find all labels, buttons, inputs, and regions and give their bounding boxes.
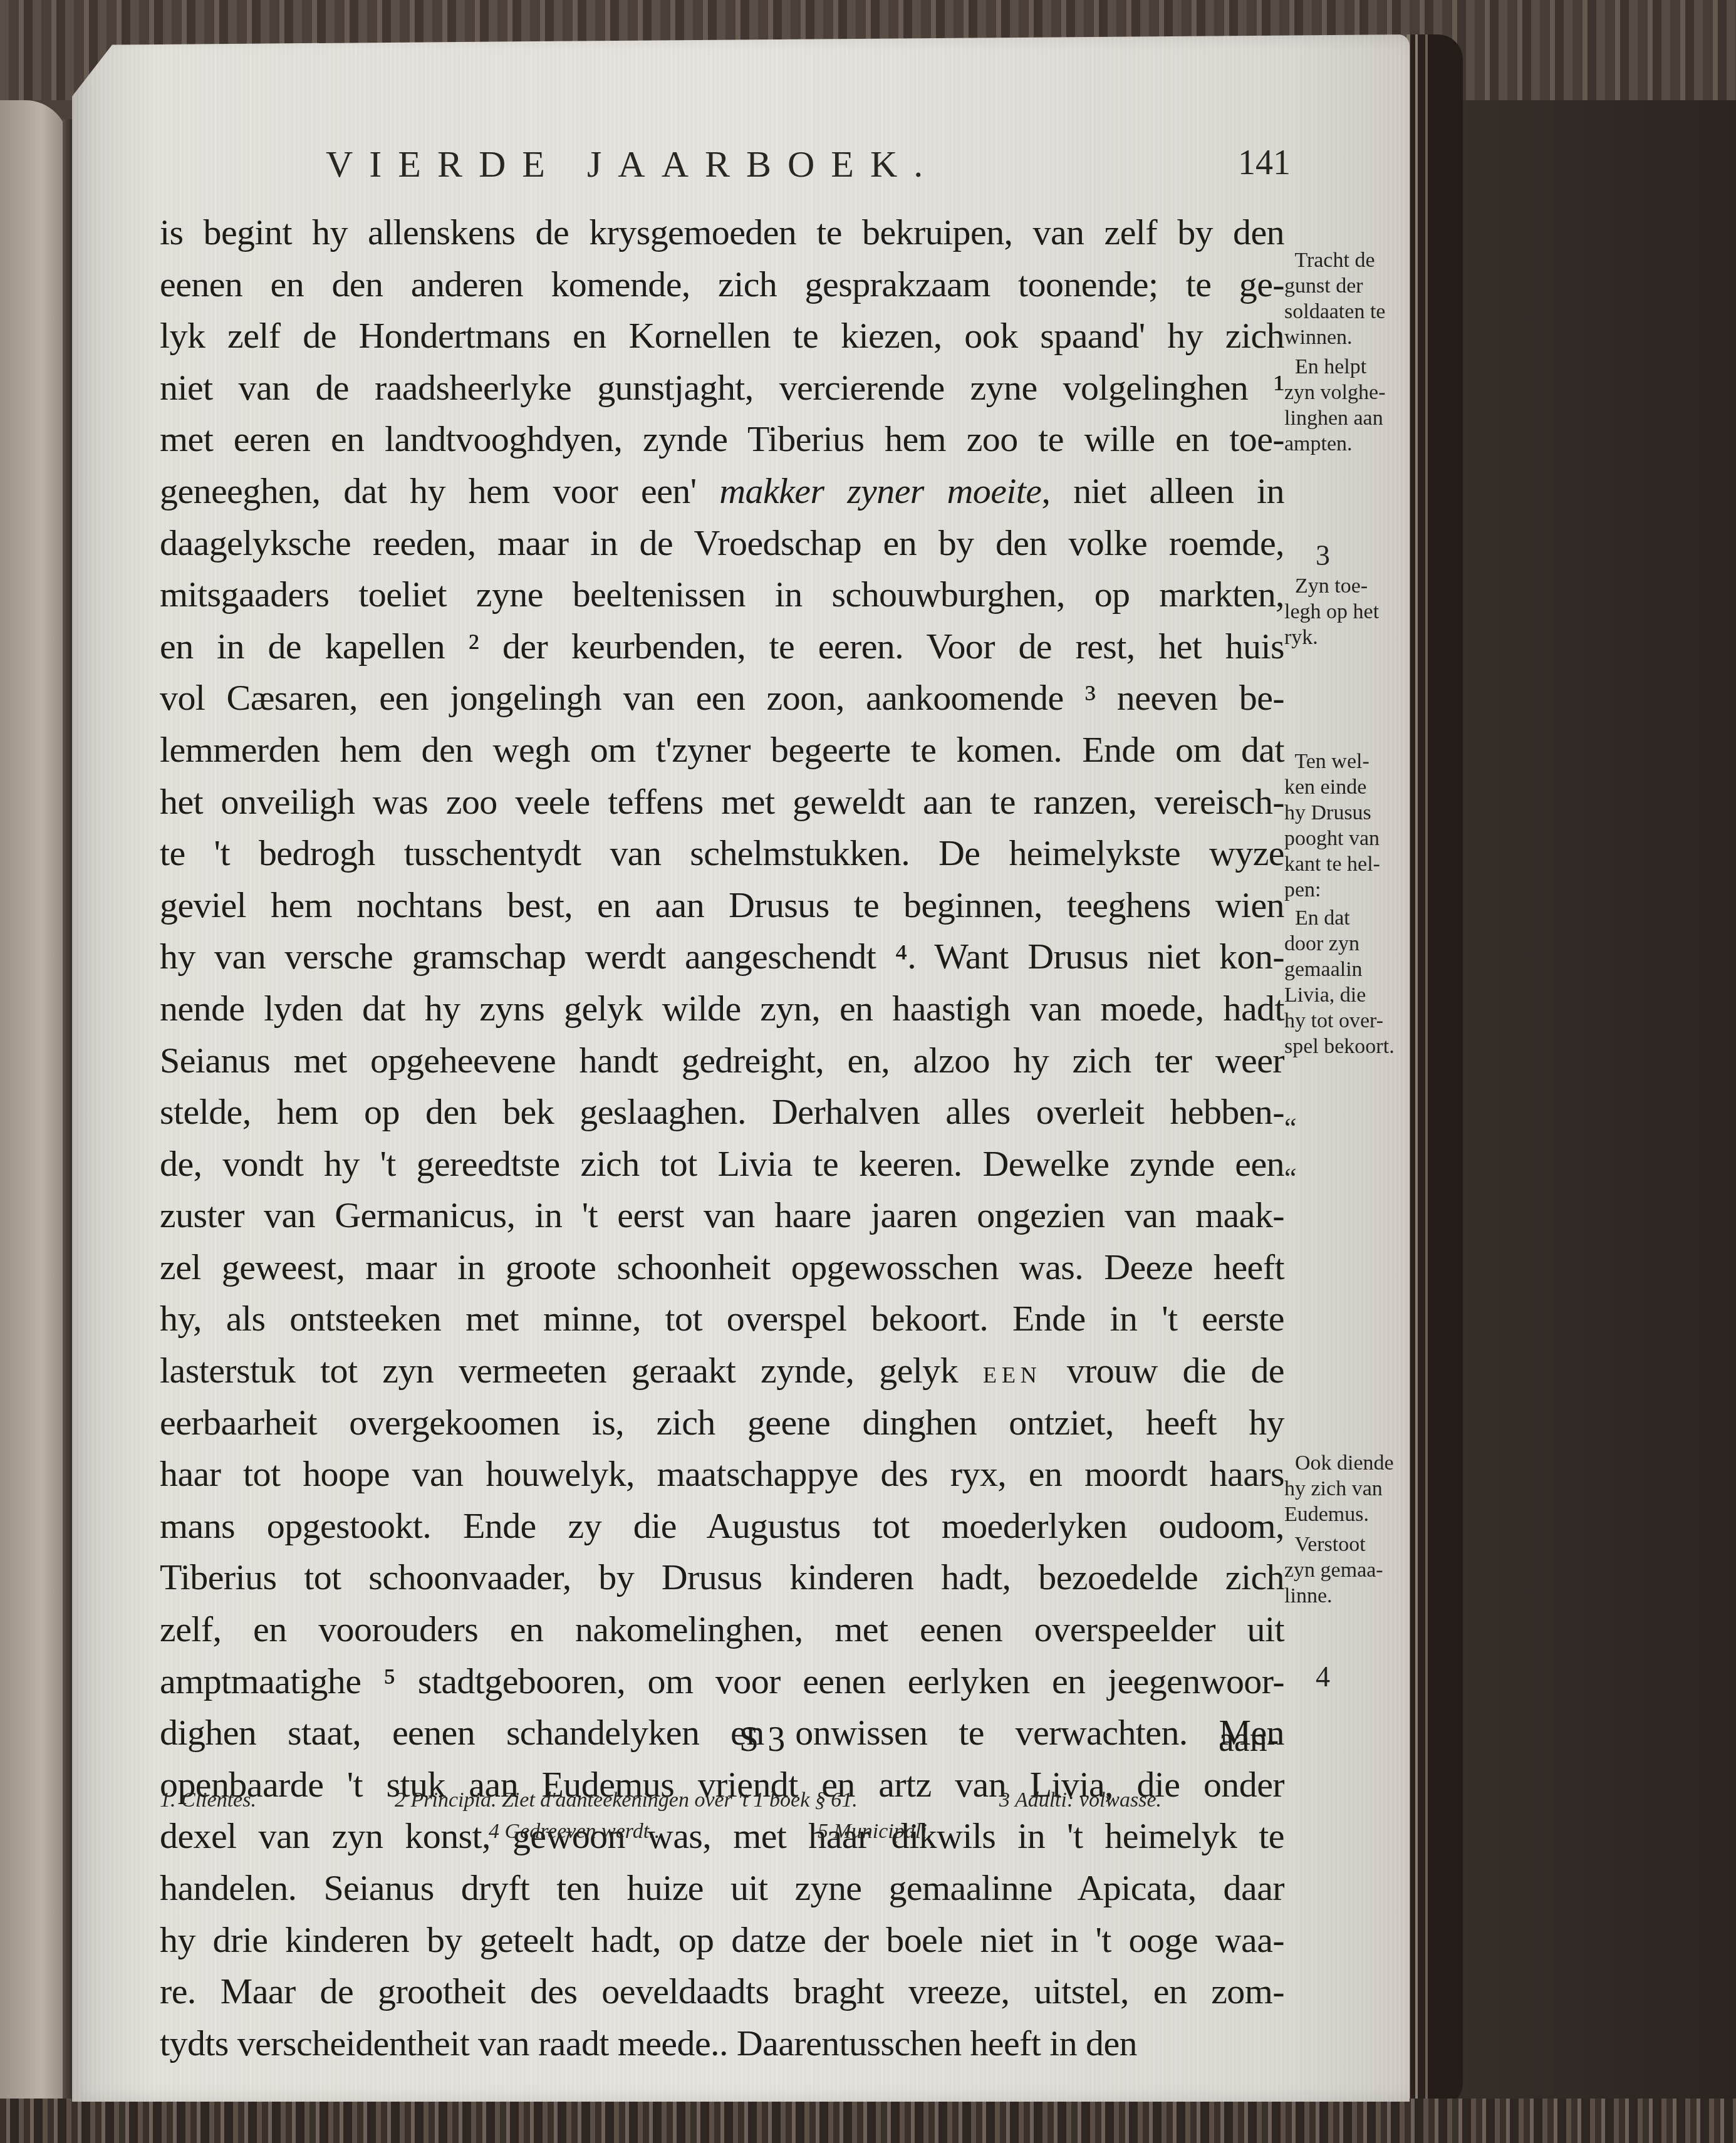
catchword: aan-: [1219, 1720, 1279, 1760]
text-line: mans opgestookt. Ende zy die Augustus to…: [160, 1500, 1284, 1552]
margin-note: Ook diende hy zich van Eudemus.: [1284, 1450, 1394, 1527]
text-line: amptmaatighe ⁵ stadtgebooren, om voor ee…: [160, 1656, 1284, 1708]
quote-mark: “: [1284, 1162, 1297, 1194]
text-line: haar tot hoope van houwelyk, maatschappy…: [160, 1448, 1284, 1500]
text-line: niet van de raadsheerlyke gunstjaght, ve…: [160, 362, 1284, 414]
section-number: 4: [1316, 1660, 1330, 1693]
margin-note: En dat door zyn gemaalin Livia, die hy t…: [1284, 905, 1395, 1059]
small-caps-word: EEN: [983, 1362, 1042, 1388]
text-line: lemmerden hem den wegh om t'zyner begeer…: [160, 724, 1284, 776]
footnote-4: 4 Gedreeven werdt..: [489, 1820, 660, 1844]
text-line: stelde, hem op den bek geslaaghen. Derha…: [160, 1086, 1284, 1138]
italic-phrase: makker zyner moeite: [719, 470, 1041, 511]
section-number: 3: [1316, 539, 1330, 572]
text-line: handelen. Seianus dryft ten huize uit zy…: [160, 1862, 1284, 1914]
facing-page-edge: [0, 100, 69, 2105]
text-line: het onveiligh was zoo veele teffens met …: [160, 776, 1284, 828]
text-line: hy van versche gramschap werdt aangesche…: [160, 931, 1284, 983]
running-head: VIERDE JAARBOEK. 141: [326, 143, 1291, 193]
text-line: dexel van zyn konst, gewoon was, met haa…: [160, 1810, 1284, 1862]
running-head-title: VIERDE JAARBOEK.: [326, 143, 939, 186]
text-line: lyk zelf de Hondertmans en Kornellen te …: [160, 310, 1284, 362]
text-line: zelf, en voorouders en nakomelinghen, me…: [160, 1604, 1284, 1656]
text-line: Tiberius tot schoonvaader, by Drusus kin…: [160, 1552, 1284, 1604]
text-line: geviel hem nochtans best, en aan Drusus …: [160, 880, 1284, 931]
text-line: re. Maar de grootheit des oeveldaadts br…: [160, 1966, 1284, 2018]
text-line: tydts verscheidentheit van raadt meede..…: [160, 2018, 1284, 2070]
margin-note: Tracht de gunst der soldaaten te winnen.: [1284, 247, 1385, 350]
text-line: vol Cæsaren, een jongelingh van een zoon…: [160, 672, 1284, 724]
text-line: lasterstuk tot zyn vermeeten geraakt zyn…: [160, 1345, 1284, 1397]
text-line: dighen staat, eenen schandelyken en onwi…: [160, 1707, 1284, 1759]
text-line: geneeghen, dat hy hem voor een' makker z…: [160, 465, 1284, 517]
footnote-1: 1. Clientes.: [160, 1788, 256, 1812]
margin-note: Ten wel- ken einde hy Drusus pooght van …: [1284, 749, 1380, 903]
page-block-edges: [1406, 34, 1463, 2108]
text-line: hy drie kinderen by geteelt hadt, op dat…: [160, 1914, 1284, 1966]
text-line: met eeren en landtvooghdyen, zynde Tiber…: [160, 413, 1284, 465]
text-line: de, vondt hy 't gereedtste zich tot Livi…: [160, 1138, 1284, 1190]
text-line: eerbaarheit overgekoomen is, zich geene …: [160, 1397, 1284, 1449]
text-line: is begint hy allenskens de krysgemoeden …: [160, 207, 1284, 259]
wood-background-bottom: [0, 2099, 1736, 2143]
margin-note: Zyn toe- legh op het ryk.: [1284, 573, 1379, 650]
text-line: nende lyden dat hy zyns gelyk wilde zyn,…: [160, 983, 1284, 1035]
margin-note: En helpt zyn volghe- linghen aan ampten.: [1284, 354, 1385, 457]
text-line: Seianus met opgeheevene handt gedreight,…: [160, 1035, 1284, 1087]
text-line: zel geweest, maar in groote schoonheit o…: [160, 1242, 1284, 1294]
text-line: te 't bedrogh tusschentydt van schelmstu…: [160, 828, 1284, 880]
margin-note: Verstoot zyn gemaa- linne.: [1284, 1532, 1383, 1609]
footnote-5: 5 Municipali.: [818, 1820, 932, 1844]
text-line: hy, als ontsteeken met minne, tot oversp…: [160, 1293, 1284, 1345]
quote-mark: “: [1284, 1112, 1297, 1144]
text-line: daagelyksche reeden, maar in de Vroedsch…: [160, 517, 1284, 569]
footnote-3: 3 Adulti: volwasse.: [999, 1788, 1162, 1812]
text-line: eenen en den anderen komende, zich gespr…: [160, 259, 1284, 311]
signature-mark: S 3: [739, 1720, 785, 1760]
text-line: en in de kapellen ² der keurbenden, te e…: [160, 621, 1284, 673]
page-number: 141: [1238, 143, 1291, 183]
footnote-2: 2 Principia. Ziet d'aanteekeningen over …: [395, 1788, 858, 1812]
text-line: zuster van Germanicus, in 't eerst van h…: [160, 1190, 1284, 1242]
text-line: mitsgaaders toeliet zyne beeltenissen in…: [160, 569, 1284, 621]
